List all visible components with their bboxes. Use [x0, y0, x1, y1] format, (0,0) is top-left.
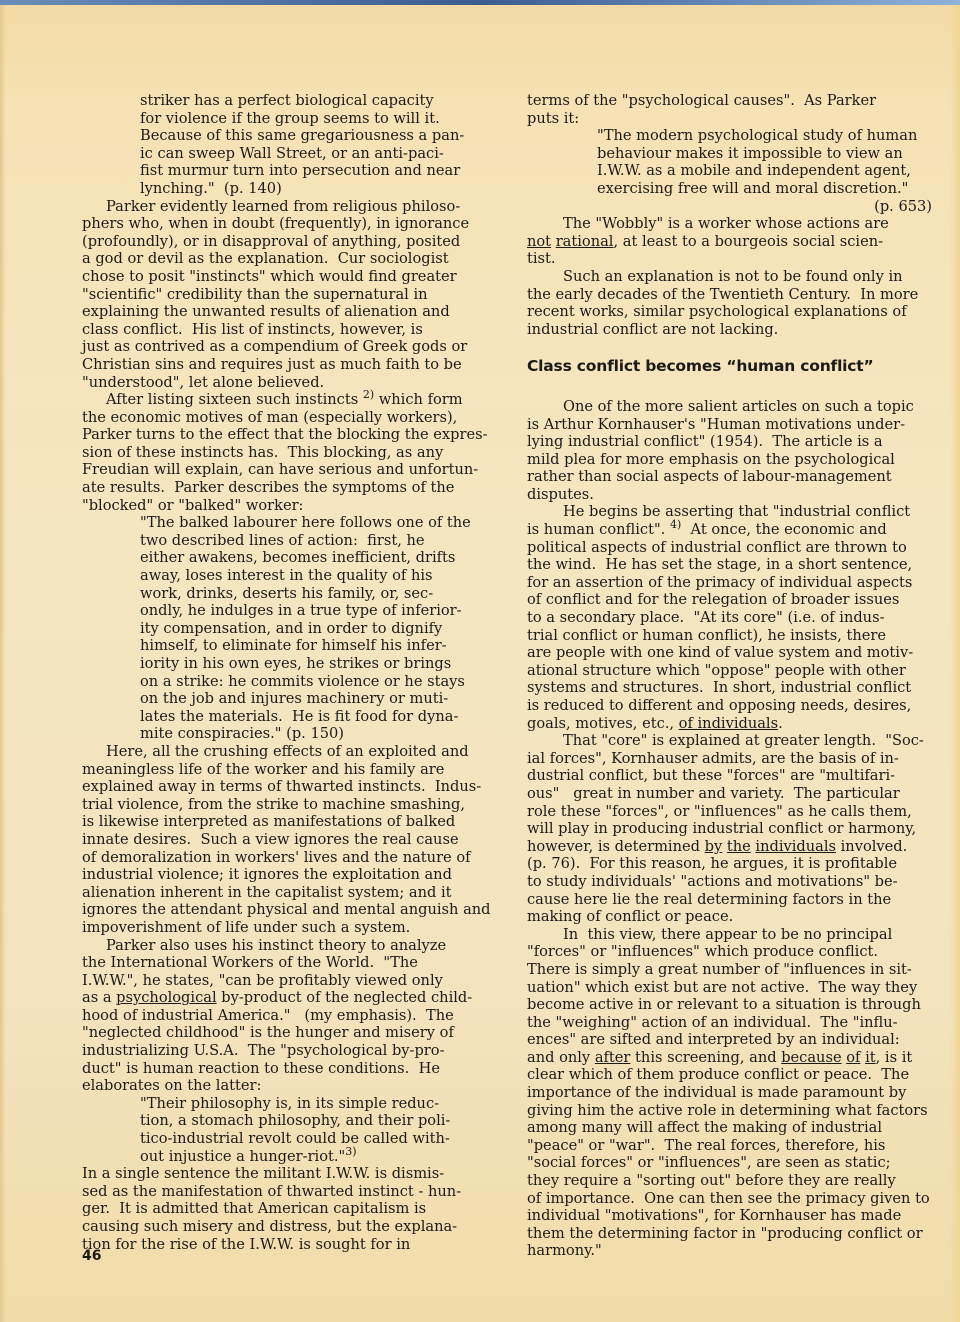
text-span: this screening, and	[630, 1049, 781, 1066]
text-line: not rational, at least to a bourgeois so…	[527, 233, 960, 251]
text-line: "The modern psychological study of human	[597, 127, 960, 145]
text-line: industrial conflict are not lacking.	[527, 321, 960, 339]
text-line: a god or devil as the explanation. Cur s…	[82, 250, 502, 268]
text-line: two described lines of action: first, he	[140, 532, 502, 550]
text-line: just as contrived as a compendium of Gre…	[82, 338, 502, 356]
text-line: is likewise interpreted as manifestation…	[82, 813, 502, 831]
paragraph-lines: (p. 76). For this reason, he argues, it …	[527, 855, 960, 925]
text-span: .	[778, 715, 783, 732]
text-line: clear which of them produce conflict or …	[527, 1066, 960, 1084]
text-line: rather than social aspects of labour-man…	[527, 468, 960, 486]
text-line: them the determining factor in "producin…	[527, 1225, 960, 1243]
footnote-ref: 2)	[363, 388, 374, 401]
text-line: individual "motivations", for Kornhauser…	[527, 1207, 960, 1225]
underlined-word-psychological: psychological	[116, 989, 216, 1006]
page-edge-left	[0, 5, 6, 1322]
paragraph-lines: the economic motives of man (especially …	[82, 409, 502, 515]
text-span: involved.	[836, 838, 907, 855]
text-line: "The balked labourer here follows one of…	[140, 514, 502, 532]
text-line: explaining the unwanted results of alien…	[82, 303, 502, 321]
text-line: phers who, when in doubt (frequently), i…	[82, 215, 502, 233]
text-line: they require a "sorting out" before they…	[527, 1172, 960, 1190]
text-line: recent works, similar psychological expl…	[527, 303, 960, 321]
text-line: uation" which exist but are not active. …	[527, 979, 960, 997]
text-line: and only after this screening, and becau…	[527, 1049, 960, 1067]
text-line: (p. 76). For this reason, he argues, it …	[527, 855, 960, 873]
text-line: industrializing U.S.A. The "psychologica…	[82, 1042, 502, 1060]
text-line: to a secondary place. "At its core" (i.e…	[527, 609, 960, 627]
text-line: hood of industrial America." (my emphasi…	[82, 1007, 502, 1025]
footnote-ref: 3)	[345, 1145, 356, 1158]
text-line: either awakens, becomes inefficient, dri…	[140, 549, 502, 567]
paragraph-human-conflict: He begins be asserting that "industrial …	[527, 503, 960, 732]
text-line: "scientific" credibility than the supern…	[82, 286, 502, 304]
paragraph-core-explained: That "core" is explained at greater leng…	[527, 732, 960, 926]
text-line: behaviour makes it impossible to view an	[597, 145, 960, 163]
paragraph-such-an-explanation: Such an explanation is not to be found o…	[527, 268, 960, 338]
paragraph-iww-analysis: Parker also uses his instinct theory to …	[82, 937, 502, 1095]
text-line: One of the more salient articles on such…	[527, 398, 960, 416]
text-line: of importance. One can then see the prim…	[527, 1190, 960, 1208]
text-line: the economic motives of man (especially …	[82, 409, 502, 427]
paragraph-in-this-view: In this view, there appear to be no prin…	[527, 926, 960, 1260]
text-line: however, is determined by the individual…	[527, 838, 960, 856]
text-line: goals, motives, etc., of individuals.	[527, 715, 960, 733]
underlined-word-it: it	[865, 1049, 876, 1066]
paragraph-psychological-causes: terms of the "psychological causes". As …	[527, 92, 960, 127]
paragraph-lines: hood of industrial America." (my emphasi…	[82, 1007, 502, 1095]
underlined-word-the: the	[727, 838, 751, 855]
underlined-word-by: by	[705, 838, 723, 855]
text-line: ences" are sifted and interpreted by an …	[527, 1031, 960, 1049]
text-line: mite conspiracies." (p. 150)	[140, 725, 502, 743]
text-line: importance of the individual is made par…	[527, 1084, 960, 1102]
text-line: Freudian will explain, can have serious …	[82, 461, 502, 479]
block-quote-modern-psychological: "The modern psychological study of human…	[527, 127, 960, 215]
text-line: the International Workers of the World. …	[82, 954, 502, 972]
text-span: by-product of the neglected child-	[217, 989, 473, 1006]
text-line: ational structure which "oppose" people …	[527, 662, 960, 680]
text-line: fist murmur turn into persecution and ne…	[140, 162, 502, 180]
text-span: and only	[527, 1049, 595, 1066]
text-line: puts it:	[527, 110, 960, 128]
text-line: tist.	[527, 250, 960, 268]
text-line: for violence if the group seems to will …	[140, 110, 502, 128]
scan-top-edge	[0, 0, 960, 5]
text-line: of conflict and for the relegation of br…	[527, 591, 960, 609]
text-line: exercising free will and moral discretio…	[597, 180, 960, 198]
underlined-word-rational: rational	[556, 233, 614, 250]
text-line: dustrial conflict, but these "forces" ar…	[527, 767, 960, 785]
page-number: 46	[82, 1248, 101, 1264]
text-line: on a strike: he commits violence or he s…	[140, 673, 502, 691]
block-quote-balked-labourer: "The balked labourer here follows one of…	[82, 514, 502, 743]
text-line: ondly, he indulges in a true type of inf…	[140, 602, 502, 620]
underlined-word-after: after	[595, 1049, 631, 1066]
text-line: the early decades of the Twentieth Centu…	[527, 286, 960, 304]
text-line: trial violence, from the strike to machi…	[82, 796, 502, 814]
text-line: making of conflict or peace.	[527, 908, 960, 926]
text-line: Parker turns to the effect that the bloc…	[82, 426, 502, 444]
underlined-word-not: not	[527, 233, 551, 250]
text-line: causing such misery and distress, but th…	[82, 1218, 502, 1236]
footnote-ref: 4)	[670, 518, 681, 531]
paragraph-wobbly: The "Wobbly" is a worker whose actions a…	[527, 215, 960, 268]
text-line: ity compensation, and in order to dignif…	[140, 620, 502, 638]
paragraph-lines: "The modern psychological study of human…	[597, 127, 960, 197]
text-line: the "weighing" action of an individual. …	[527, 1014, 960, 1032]
paragraph-lines: In this view, there appear to be no prin…	[527, 926, 960, 1049]
text-line: duct" is human reaction to these conditi…	[82, 1060, 502, 1078]
section-heading: Class conflict becomes “human conflict”	[527, 358, 960, 376]
text-line: himself, to eliminate for himself his in…	[140, 637, 502, 655]
text-line: sed as the manifestation of thwarted ins…	[82, 1183, 502, 1201]
text-line: as a psychological by-product of the neg…	[82, 989, 502, 1007]
text-line: ate results. Parker describes the sympto…	[82, 479, 502, 497]
text-line: elaborates on the latter:	[82, 1077, 502, 1095]
underlined-word-of: of	[846, 1049, 860, 1066]
text-line: The "Wobbly" is a worker whose actions a…	[527, 215, 960, 233]
text-line: iority in his own eyes, he strikes or br…	[140, 655, 502, 673]
text-line: impoverishment of life under such a syst…	[82, 919, 502, 937]
text-line: work, drinks, deserts his family, or, se…	[140, 585, 502, 603]
text-line: political aspects of industrial conflict…	[527, 539, 960, 557]
block-quote-end: striker has a perfect biological capacit…	[82, 92, 502, 198]
text-line: lying industrial conflict" (1954). The a…	[527, 433, 960, 451]
paragraph-lines: That "core" is explained at greater leng…	[527, 732, 960, 838]
text-line: cause here lie the real determining fact…	[527, 891, 960, 909]
text-line: "Their philosophy is, in its simple redu…	[140, 1095, 502, 1113]
block-quote-stomach-philosophy: "Their philosophy is, in its simple redu…	[82, 1095, 502, 1165]
text-line: Christian sins and requires just as much…	[82, 356, 502, 374]
text-line: among many will affect the making of ind…	[527, 1119, 960, 1137]
text-line: role these "forces", or "influences" as …	[527, 803, 960, 821]
text-span: goals, motives, etc.,	[527, 715, 679, 732]
text-line: "understood", let alone believed.	[82, 374, 502, 392]
text-line: lates the materials. He is fit food for …	[140, 708, 502, 726]
text-line: ial forces", Kornhauser admits, are the …	[527, 750, 960, 768]
text-span: After listing sixteen such instincts	[106, 391, 363, 408]
paragraph-lines: clear which of them produce conflict or …	[527, 1066, 960, 1260]
text-line: Parker evidently learned from religious …	[82, 198, 502, 216]
text-span: At once, the economic and	[681, 521, 886, 538]
text-line: on the job and injures machinery or muti…	[140, 690, 502, 708]
text-line: After listing sixteen such instincts 2) …	[82, 391, 502, 409]
text-line: terms of the "psychological causes". As …	[527, 92, 960, 110]
paragraph-lines: Parker also uses his instinct theory to …	[82, 937, 502, 990]
underlined-word-because: because	[781, 1049, 841, 1066]
underlined-phrase-of-individuals: of individuals	[679, 715, 778, 732]
text-line: I.W.W.", he states, "can be profitably v…	[82, 972, 502, 990]
text-line: trial conflict or human conflict), he in…	[527, 627, 960, 645]
text-line: tico-industrial revolt could be called w…	[140, 1130, 502, 1148]
text-line: In a single sentence the militant I.W.W.…	[82, 1165, 502, 1183]
text-line: is Arthur Kornhauser's "Human motivation…	[527, 416, 960, 434]
right-column: terms of the "psychological causes". As …	[527, 92, 960, 1260]
paragraph-lines: "Their philosophy is, in its simple redu…	[140, 1095, 502, 1148]
paragraph-lines: political aspects of industrial conflict…	[527, 539, 960, 715]
underlined-word-individuals: individuals	[755, 838, 836, 855]
text-line: "peace" or "war". The real forces, there…	[527, 1137, 960, 1155]
text-line: "social forces" or "influences", are see…	[527, 1154, 960, 1172]
text-line: Such an explanation is not to be found o…	[527, 268, 960, 286]
text-line: ic can sweep Wall Street, or an anti-pac…	[140, 145, 502, 163]
text-line: is human conflict". 4) At once, the econ…	[527, 521, 960, 539]
text-line: Because of this same gregariousness a pa…	[140, 127, 502, 145]
text-span: however, is determined	[527, 838, 705, 855]
text-line: sion of these instincts has. This blocki…	[82, 444, 502, 462]
text-line: class conflict. His list of instincts, h…	[82, 321, 502, 339]
text-span: as a	[82, 989, 116, 1006]
text-line: to study individuals' "actions and motiv…	[527, 873, 960, 891]
text-line: giving him the active role in determinin…	[527, 1102, 960, 1120]
text-line: "blocked" or "balked" worker:	[82, 497, 502, 515]
text-span: is human conflict".	[527, 521, 670, 538]
text-line: "forces" or "influences" which produce c…	[527, 943, 960, 961]
text-line: out injustice a hunger-riot."3)	[140, 1148, 502, 1166]
text-line: explained away in terms of thwarted inst…	[82, 778, 502, 796]
text-line: become active in or relevant to a situat…	[527, 996, 960, 1014]
text-line: mild plea for more emphasis on the psych…	[527, 451, 960, 469]
left-column: striker has a perfect biological capacit…	[82, 92, 502, 1253]
text-line: are people with one kind of value system…	[527, 644, 960, 662]
text-line: meaningless life of the worker and his f…	[82, 761, 502, 779]
paragraph-kornhauser-article: One of the more salient articles on such…	[527, 398, 960, 504]
text-line: ous" great in number and variety. The pa…	[527, 785, 960, 803]
text-span: which form	[374, 391, 462, 408]
text-line: alienation inherent in the capitalist sy…	[82, 884, 502, 902]
text-line: ger. It is admitted that American capita…	[82, 1200, 502, 1218]
text-line: disputes.	[527, 486, 960, 504]
text-line: is reduced to different and opposing nee…	[527, 697, 960, 715]
text-line: for an assertion of the primacy of indiv…	[527, 574, 960, 592]
text-line: In this view, there appear to be no prin…	[527, 926, 960, 944]
text-line: away, loses interest in the quality of h…	[140, 567, 502, 585]
paragraph-crushing-effects: Here, all the crushing effects of an exp…	[82, 743, 502, 937]
text-line: innate desires. Such a view ignores the …	[82, 831, 502, 849]
text-span: , at least to a bourgeois social scien-	[613, 233, 883, 250]
paragraph-religious-philosophers: Parker evidently learned from religious …	[82, 198, 502, 392]
text-line: He begins be asserting that "industrial …	[527, 503, 960, 521]
citation: (p. 653)	[597, 198, 960, 216]
text-line: chose to posit "instincts" which would f…	[82, 268, 502, 286]
text-line: will play in producing industrial confli…	[527, 820, 960, 838]
text-line: There is simply a great number of "influ…	[527, 961, 960, 979]
text-line: (profoundly), or in disapproval of anyth…	[82, 233, 502, 251]
paragraph-sixteen-instincts: After listing sixteen such instincts 2) …	[82, 391, 502, 514]
text-line: of demoralization in workers' lives and …	[82, 849, 502, 867]
text-line: harmony."	[527, 1242, 960, 1260]
text-line: Parker also uses his instinct theory to …	[82, 937, 502, 955]
text-line: lynching." (p. 140)	[140, 180, 502, 198]
text-line: I.W.W. as a mobile and independent agent…	[597, 162, 960, 180]
text-line: the wind. He has set the stage, in a sho…	[527, 556, 960, 574]
text-line: industrial violence; it ignores the expl…	[82, 866, 502, 884]
text-line: "neglected childhood" is the hunger and …	[82, 1024, 502, 1042]
text-span: out injustice a hunger-riot."	[140, 1148, 345, 1165]
text-line: striker has a perfect biological capacit…	[140, 92, 502, 110]
text-line: Here, all the crushing effects of an exp…	[82, 743, 502, 761]
text-line: tion, a stomach philosophy, and their po…	[140, 1112, 502, 1130]
text-line: systems and structures. In short, indust…	[527, 679, 960, 697]
text-line: That "core" is explained at greater leng…	[527, 732, 960, 750]
text-line: ignores the attendant physical and menta…	[82, 901, 502, 919]
text-span: , is it	[876, 1049, 913, 1066]
text-line: tion for the rise of the I.W.W. is sough…	[82, 1236, 502, 1254]
paragraph-single-sentence: In a single sentence the militant I.W.W.…	[82, 1165, 502, 1253]
